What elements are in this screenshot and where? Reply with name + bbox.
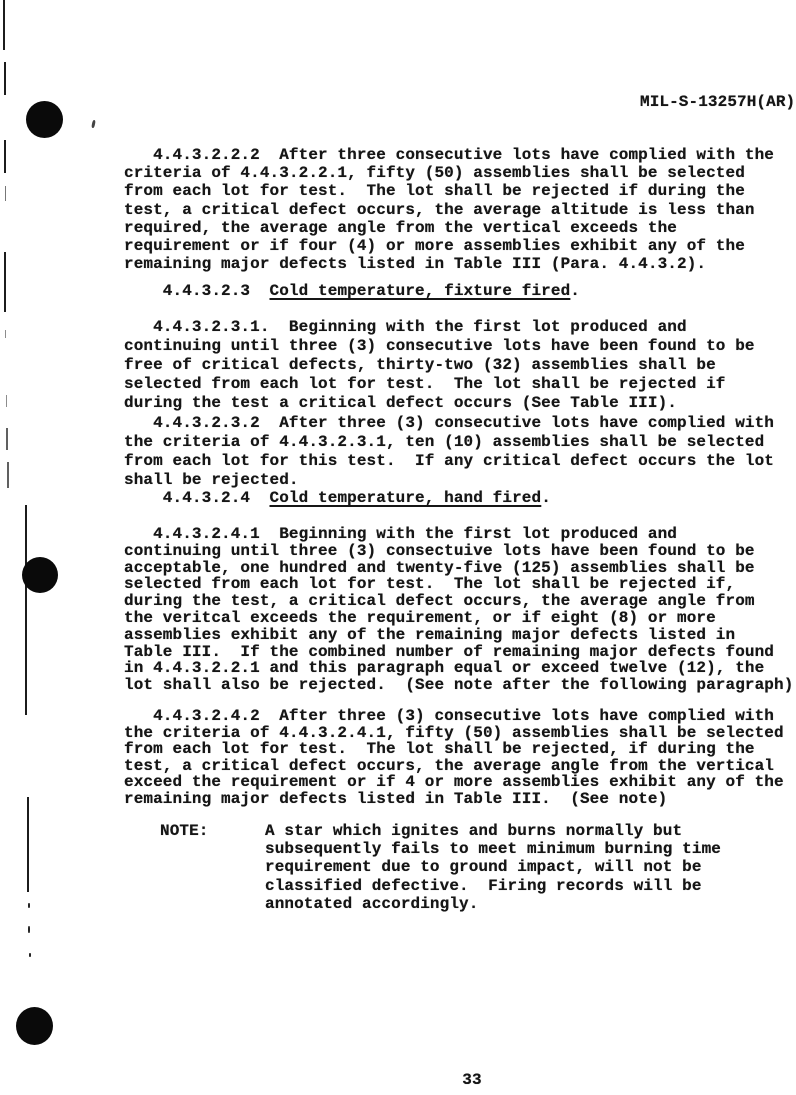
section-heading-4-4-3-2-3: 4.4.3.2.3 Cold temperature, fixture fire… [124,282,580,300]
page-number: 33 [140,1071,796,1089]
document-page: MIL-S-13257H(AR) 4.4.3.2.2.2 After three… [0,0,796,1095]
scan-artifact-line [4,62,6,95]
hole-punch-mark-bottom [16,1007,53,1045]
scan-speck [28,926,30,933]
note-body: A star which ignites and burns normally … [265,822,721,913]
scan-artifact-line [4,140,6,173]
hole-punch-mark-top [26,101,63,138]
scan-artifact-line [5,186,6,201]
doc-number: MIL-S-13257H(AR) [640,93,795,111]
scan-artifact-line [3,0,5,50]
scan-artifact-line [27,797,29,892]
note-label: NOTE: [160,822,209,840]
paragraph-4-4-3-2-4-1: 4.4.3.2.4.1 Beginning with the first lot… [124,526,793,694]
heading-title: Cold temperature, fixture fired [270,282,571,300]
paragraph-4-4-3-2-3-1: 4.4.3.2.3.1. Beginning with the first lo… [124,318,755,413]
scan-speck [29,953,31,957]
heading-number: 4.4.3.2.3 [124,282,270,300]
scan-artifact-line [25,505,27,715]
scan-artifact-line [6,428,8,450]
scan-speck [28,903,30,908]
heading-period: . [541,489,551,507]
scan-speck [91,120,96,128]
scan-artifact-line [6,395,7,407]
hole-punch-mark-middle [22,557,58,593]
heading-number: 4.4.3.2.4 [124,489,270,507]
heading-title: Cold temperature, hand fired [270,489,542,507]
section-heading-4-4-3-2-4: 4.4.3.2.4 Cold temperature, hand fired. [124,489,551,507]
scan-artifact-line [7,462,9,488]
paragraph-4-4-3-2-4-2: 4.4.3.2.4.2 After three (3) consecutive … [124,708,784,807]
scan-artifact-line [5,330,6,338]
paragraph-4-4-3-2-2-2: 4.4.3.2.2.2 After three consecutive lots… [124,146,774,273]
paragraph-4-4-3-2-3-2: 4.4.3.2.3.2 After three (3) consecutive … [124,414,774,490]
heading-period: . [570,282,580,300]
scan-artifact-line [4,252,6,312]
